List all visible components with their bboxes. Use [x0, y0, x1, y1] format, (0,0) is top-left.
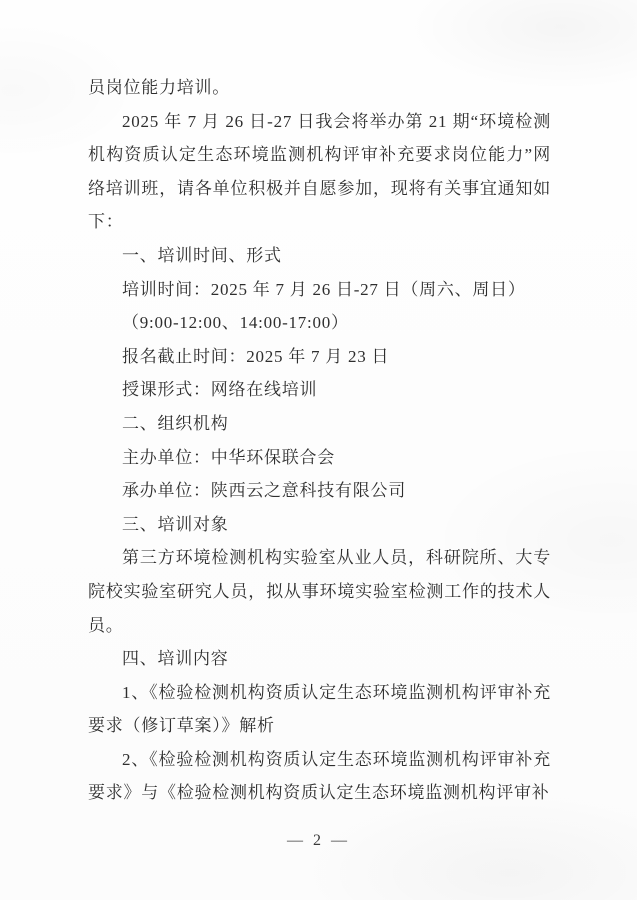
document-page: 员岗位能力培训。 2025 年 7 月 26 日-27 日我会将举办第 21 期… — [0, 0, 637, 900]
para-announcement: 2025 年 7 月 26 日-27 日我会将举办第 21 期“环境检测机构资质… — [88, 105, 551, 239]
para-host-organizer: 主办单位：中华环保联合会 — [88, 441, 551, 475]
para-training-audience: 第三方环境检测机构实验室从业人员，科研院所、大专院校实验室研究人员，拟从事环境实… — [88, 541, 551, 642]
para-training-hours: （9:00-12:00、14:00-17:00） — [88, 306, 551, 340]
para-teaching-format: 授课形式：网络在线培训 — [88, 373, 551, 407]
para-registration-deadline: 报名截止时间：2025 年 7 月 23 日 — [88, 340, 551, 374]
para-co-organizer: 承办单位：陕西云之意科技有限公司 — [88, 474, 551, 508]
para-content-item-2: 2、《检验检测机构资质认定生态环境监测机构评审补充要求》与《检验检测机构资质认定… — [88, 743, 551, 810]
heading-training-content: 四、培训内容 — [88, 642, 551, 676]
para-content-item-1: 1、《检验检测机构资质认定生态环境监测机构评审补充要求（修订草案）》解析 — [88, 676, 551, 743]
document-body: 员岗位能力培训。 2025 年 7 月 26 日-27 日我会将举办第 21 期… — [88, 71, 551, 810]
para-training-time: 培训时间：2025 年 7 月 26 日-27 日（周六、周日） — [88, 273, 551, 307]
heading-training-time-format: 一、培训时间、形式 — [88, 239, 551, 273]
page-number: — 2 — — [0, 832, 637, 850]
para-continued-from-previous-page: 员岗位能力培训。 — [88, 71, 551, 105]
heading-organizers: 二、组织机构 — [88, 407, 551, 441]
heading-training-audience: 三、培训对象 — [88, 508, 551, 542]
